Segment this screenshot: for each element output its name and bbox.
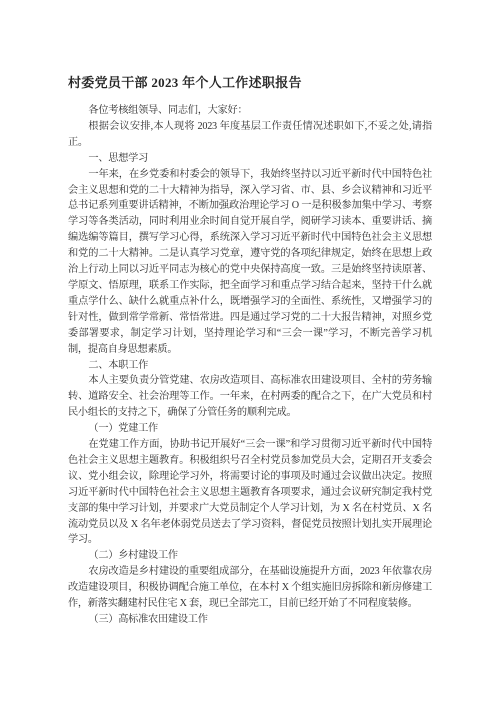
section-heading: （一）党建工作 bbox=[68, 421, 432, 437]
section-heading: 一、思想学习 bbox=[68, 151, 432, 167]
document-page: 村委党员干部 2023 年个人工作述职报告 各位考核组领导、同志们，大家好：根据… bbox=[0, 0, 500, 707]
paragraph: 本人主要负责分管党建、农房改造项目、高标准农田建设项目、全村的劳务输转、道路安全… bbox=[68, 373, 432, 421]
paragraph: 根据会议安排,本人现将 2023 年度基层工作责任情况述职如下,不妥之处,请指正… bbox=[68, 119, 432, 151]
paragraph: 在党建工作方面，协助书记开展好“三会一课”和学习贯彻习近平新时代中国特色社会主义… bbox=[68, 437, 432, 548]
document-body: 各位考核组领导、同志们，大家好：根据会议安排,本人现将 2023 年度基层工作责… bbox=[68, 103, 432, 628]
section-heading: （三）高标准农田建设工作 bbox=[68, 612, 432, 628]
section-heading: 二、本职工作 bbox=[68, 358, 432, 374]
section-heading: （二）乡村建设工作 bbox=[68, 548, 432, 564]
document-title: 村委党员干部 2023 年个人工作述职报告 bbox=[68, 74, 432, 91]
paragraph: 一年来，在乡党委和村委会的领导下，我始终坚持以习近平新时代中国特色社会主义思想和… bbox=[68, 167, 432, 358]
paragraph: 各位考核组领导、同志们，大家好： bbox=[68, 103, 432, 119]
paragraph: 农房改造是乡村建设的重要组成部分，在基础设施提升方面，2023 年依靠农房改造建… bbox=[68, 564, 432, 612]
